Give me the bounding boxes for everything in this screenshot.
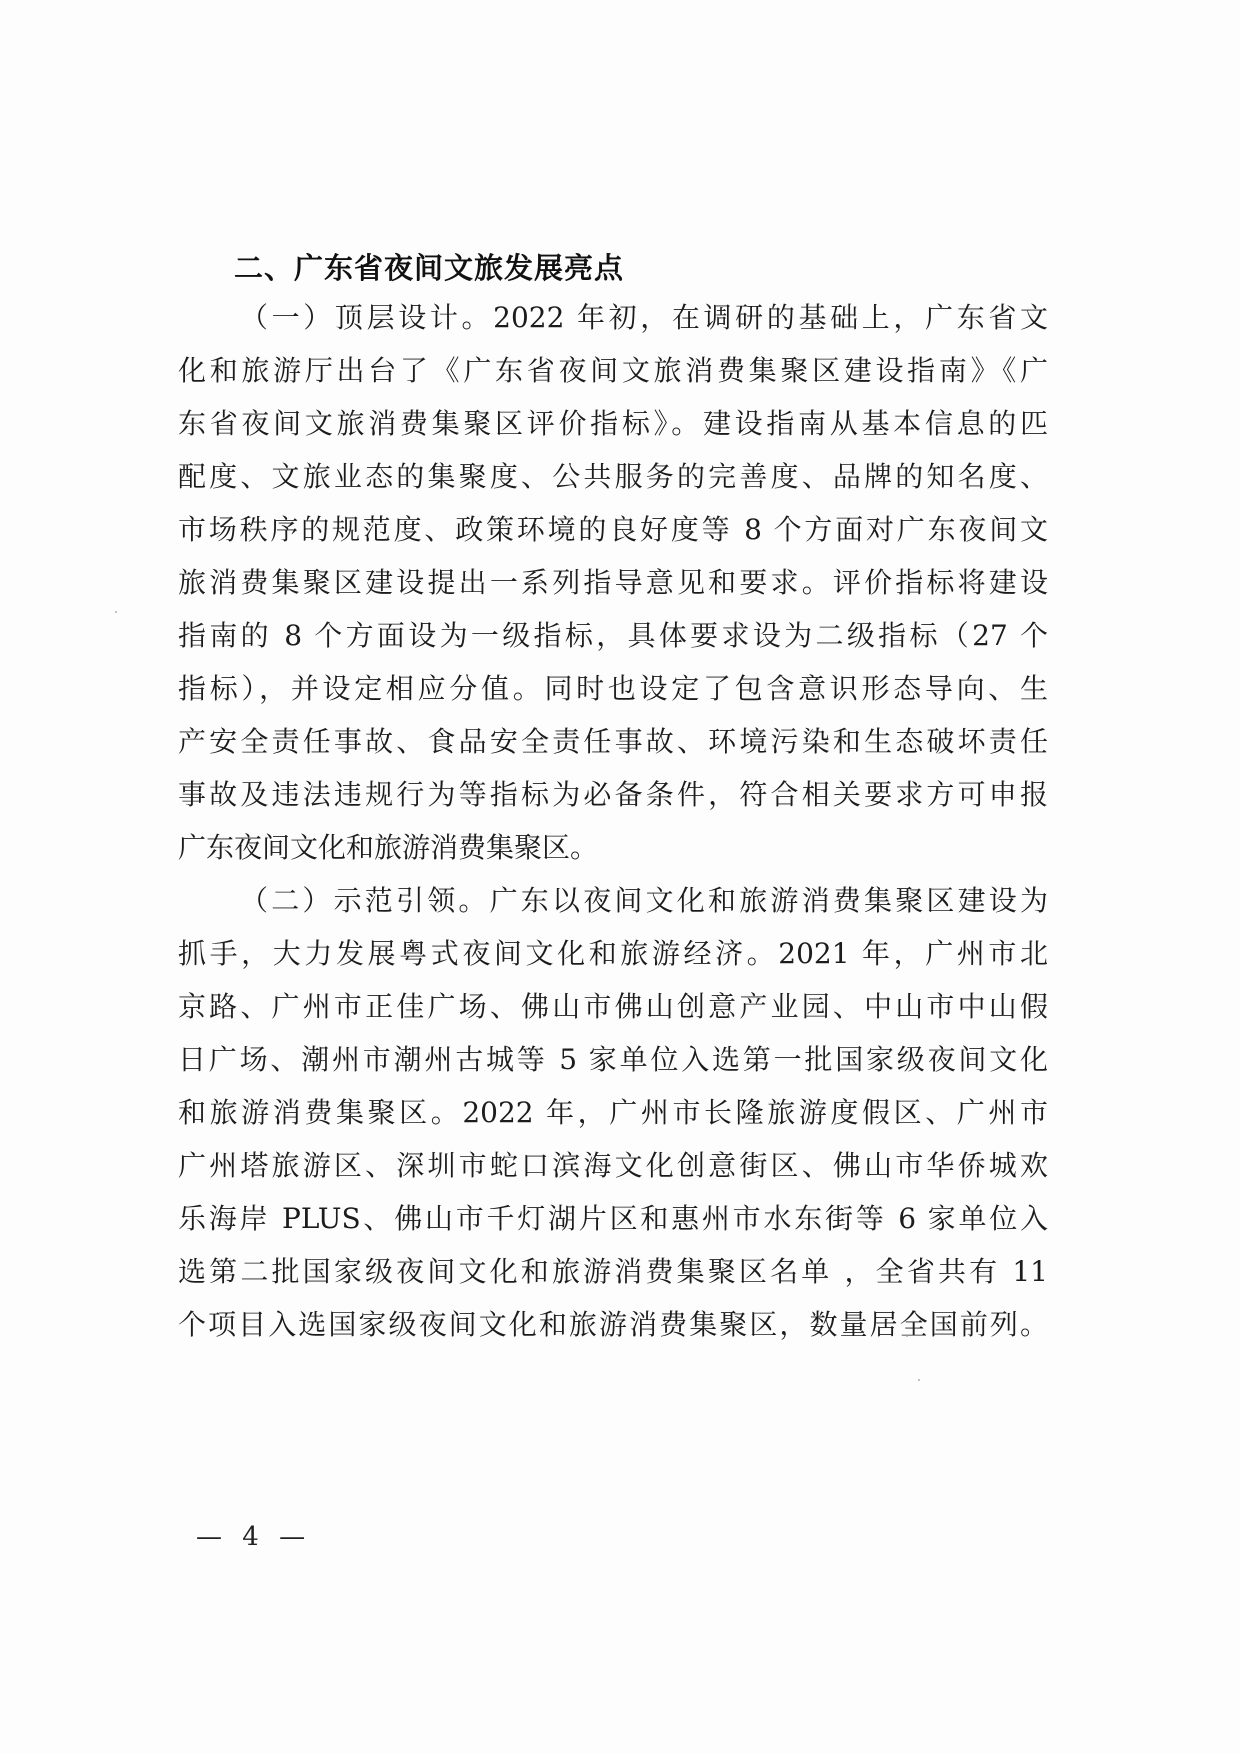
paragraph-2-line-5: 和旅游消费集聚区。2022 年，广州市长隆旅游度假区、广州市 bbox=[178, 1095, 1048, 1131]
section-heading: 二、广东省夜间文旅发展亮点 bbox=[234, 246, 624, 287]
paragraph-2-line-3: 京路、广州市正佳广场、佛山市佛山创意产业园、中山市中山假 bbox=[178, 989, 1048, 1025]
paragraph-2-line-4: 日广场、潮州市潮州古城等 5 家单位入选第一批国家级夜间文化 bbox=[178, 1042, 1048, 1078]
paragraph-1-line-4: 配度、文旅业态的集聚度、公共服务的完善度、品牌的知名度、 bbox=[178, 459, 1048, 495]
scan-speck bbox=[918, 1379, 920, 1381]
scan-speck bbox=[115, 611, 117, 613]
scan-speck bbox=[906, 1335, 908, 1337]
paragraph-1-line-5: 市场秩序的规范度、政策环境的良好度等 8 个方面对广东夜间文 bbox=[178, 512, 1048, 548]
paragraph-2-line-2: 抓手，大力发展粤式夜间文化和旅游经济。2021 年，广州市北 bbox=[178, 936, 1048, 972]
paragraph-2-line-9: 个项目入选国家级夜间文化和旅游消费集聚区，数量居全国前列。 bbox=[178, 1307, 1048, 1343]
paragraph-2-line-7: 乐海岸 PLUS、佛山市千灯湖片区和惠州市水东街等 6 家单位入 bbox=[178, 1201, 1048, 1237]
paragraph-1-line-3: 东省夜间文旅消费集聚区评价指标》。建设指南从基本信息的匹 bbox=[178, 406, 1048, 442]
paragraph-2-line-1: （二）示范引领。广东以夜间文化和旅游消费集聚区建设为 bbox=[240, 883, 1048, 919]
paragraph-2-line-6: 广州塔旅游区、深圳市蛇口滨海文化创意街区、佛山市华侨城欢 bbox=[178, 1148, 1048, 1184]
paragraph-1-line-8: 指标），并设定相应分值。同时也设定了包含意识形态导向、生 bbox=[178, 671, 1048, 707]
paragraph-1-line-9: 产安全责任事故、食品安全责任事故、环境污染和生态破坏责任 bbox=[178, 724, 1048, 760]
page-number: — 4 — bbox=[196, 1522, 311, 1552]
paragraph-1-line-6: 旅消费集聚区建设提出一系列指导意见和要求。评价指标将建设 bbox=[178, 565, 1048, 601]
paragraph-1-line-10: 事故及违法违规行为等指标为必备条件，符合相关要求方可申报 bbox=[178, 777, 1048, 813]
paragraph-1-line-2: 化和旅游厅出台了《广东省夜间文旅消费集聚区建设指南》《广 bbox=[178, 353, 1048, 389]
paragraph-2-line-8: 选第二批国家级夜间文化和旅游消费集聚区名单 ，全省共有 11 bbox=[178, 1254, 1048, 1290]
paragraph-1-line-1: （一）顶层设计。2022 年初，在调研的基础上，广东省文 bbox=[240, 300, 1048, 336]
paragraph-1-line-11: 广东夜间文化和旅游消费集聚区。 bbox=[178, 830, 1048, 866]
paragraph-1-line-7: 指南的 8 个方面设为一级指标，具体要求设为二级指标（27 个 bbox=[178, 618, 1048, 654]
document-page: 二、广东省夜间文旅发展亮点 （一）顶层设计。2022 年初，在调研的基础上，广东… bbox=[0, 0, 1240, 1753]
